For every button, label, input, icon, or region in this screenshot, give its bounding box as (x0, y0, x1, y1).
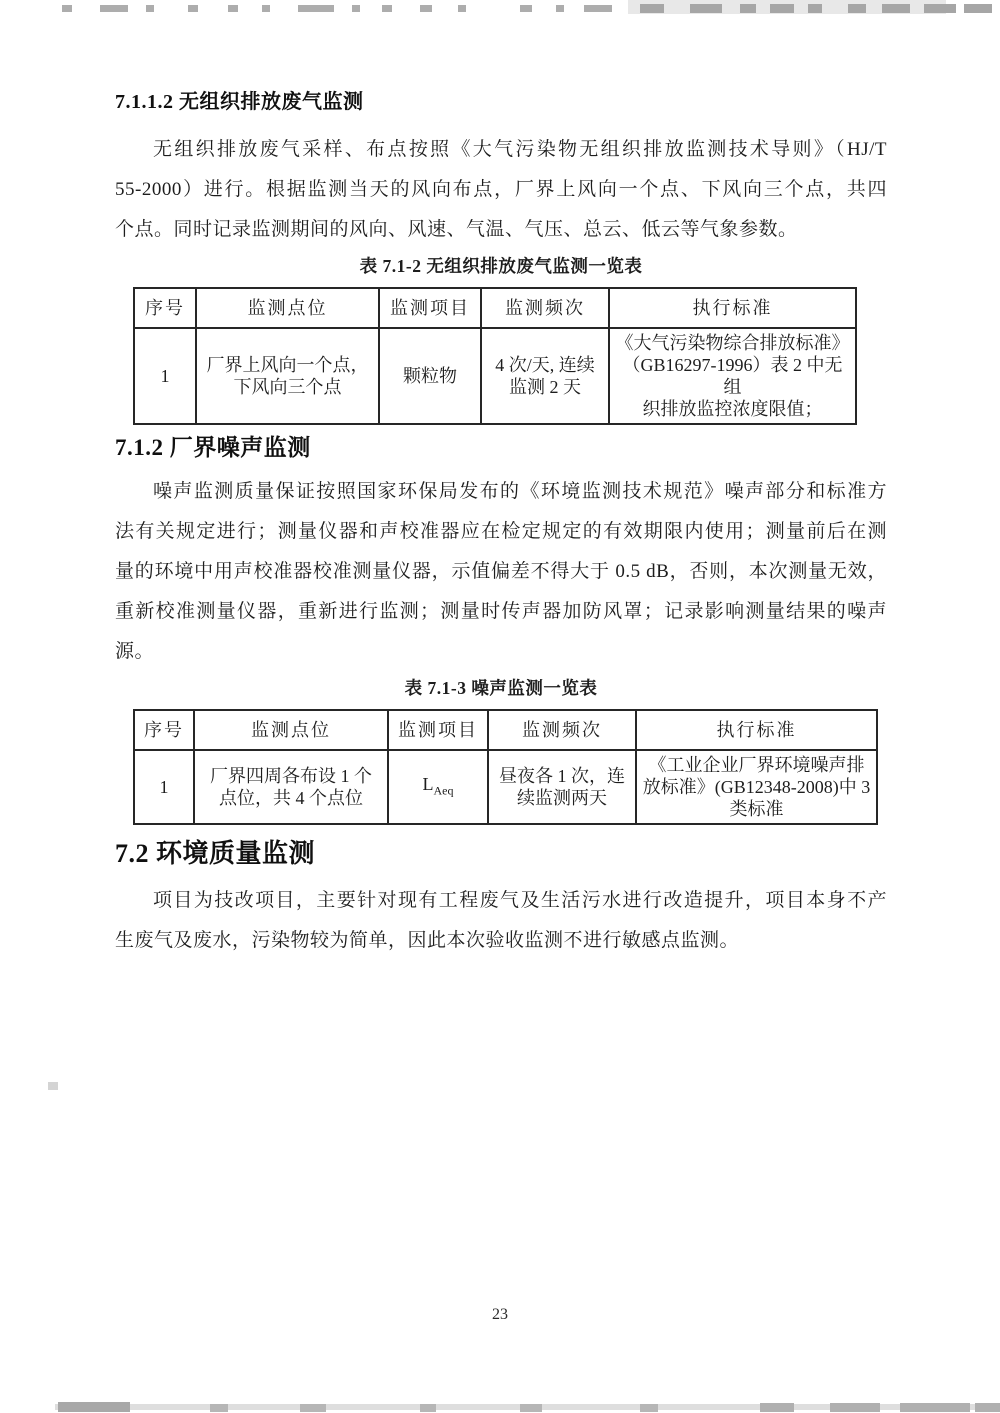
scan-artifact (975, 1403, 1000, 1412)
section-heading-7.2: 7.2 环境质量监测 (115, 837, 887, 871)
paragraph-line: 重新校准测量仪器，重新进行监测；测量时传声器加防风罩；记录影响测量结果的噪声 (115, 592, 887, 632)
column-header-standard: 执行标准 (636, 710, 877, 750)
cell-frequency: 4 次/天, 连续 监测 2 天 (481, 328, 609, 424)
scan-artifact (690, 4, 722, 13)
scan-artifact (458, 5, 466, 12)
column-header-location: 监测点位 (196, 288, 379, 328)
page-number: 23 (0, 1306, 1000, 1324)
document-page: 7.1.1.2 无组织排放废气监测 无组织排放废气采样、布点按照《大气污染物无组… (0, 0, 1000, 1413)
cell-line: 《大气污染物综合排放标准》 (614, 332, 851, 354)
table-caption-7.1-2: 表 7.1-2 无组织排放废气监测一览表 (115, 254, 887, 278)
laeq-symbol: L (423, 774, 434, 794)
scan-artifact (262, 5, 270, 12)
scan-artifact (420, 1404, 436, 1412)
scan-artifact (188, 5, 198, 12)
cell-line: 织排放监控浓度限值； (614, 398, 851, 420)
scan-artifact (556, 5, 564, 12)
scan-artifact (924, 4, 956, 13)
table-header-row: 序号 监测点位 监测项目 监测频次 执行标准 (134, 288, 856, 328)
scan-artifact (298, 5, 334, 12)
scan-artifact (58, 1402, 130, 1412)
paragraph-line: 项目为技改项目，主要针对现有工程废气及生活污水进行改造提升，项目本身不产 (115, 881, 887, 921)
cell-item: LAeq (388, 750, 488, 824)
cell-line: 放标准》(GB12348-2008)中 3 (641, 776, 872, 798)
cell-location: 厂界四周各布设 1 个 点位，共 4 个点位 (194, 750, 388, 824)
paragraph-line: 源。 (115, 632, 887, 672)
cell-location: 厂界上风向一个点， 下风向三个点 (196, 328, 379, 424)
scan-artifact (808, 4, 822, 13)
cell-line: 类标准 (641, 798, 872, 820)
column-header-location: 监测点位 (194, 710, 388, 750)
cell-line: 续监测两天 (493, 787, 631, 809)
paragraph-fugitive-emission: 无组织排放废气采样、布点按照《大气污染物无组织排放监测技术导则》（HJ/T 55… (115, 130, 887, 250)
paragraph-environmental-quality: 项目为技改项目，主要针对现有工程废气及生活污水进行改造提升，项目本身不产 生废气… (115, 881, 887, 961)
paragraph-line: 55-2000）进行。根据监测当天的风向布点，厂界上风向一个点、下风向三个点，共… (115, 170, 887, 210)
cell-line: 厂界四周各布设 1 个 (199, 765, 383, 787)
table-row: 1 厂界四周各布设 1 个 点位，共 4 个点位 LAeq 昼夜各 1 次，连 … (134, 750, 877, 824)
paragraph-line: 无组织排放废气采样、布点按照《大气污染物无组织排放监测技术导则》（HJ/T (115, 130, 887, 170)
column-header-no: 序号 (134, 288, 196, 328)
scan-artifact (146, 5, 154, 12)
section-heading-7.1.1.2: 7.1.1.2 无组织排放废气监测 (115, 88, 887, 116)
scan-artifact (640, 1404, 658, 1412)
scan-artifact (640, 4, 664, 13)
table-header-row: 序号 监测点位 监测项目 监测频次 执行标准 (134, 710, 877, 750)
cell-standard: 《工业企业厂界环境噪声排 放标准》(GB12348-2008)中 3 类标准 (636, 750, 877, 824)
scan-artifact (48, 1082, 58, 1090)
scan-artifact (770, 4, 794, 13)
cell-line: 厂界上风向一个点， (201, 354, 374, 376)
scan-artifact (964, 4, 992, 13)
scan-artifact (300, 1404, 326, 1412)
scan-artifact (100, 5, 128, 12)
document-content: 7.1.1.2 无组织排放废气监测 无组织排放废气采样、布点按照《大气污染物无组… (115, 88, 887, 961)
paragraph-noise-qa: 噪声监测质量保证按照国家环保局发布的《环境监测技术规范》噪声部分和标准方 法有关… (115, 472, 887, 672)
column-header-frequency: 监测频次 (488, 710, 636, 750)
column-header-item: 监测项目 (379, 288, 481, 328)
paragraph-line: 噪声监测质量保证按照国家环保局发布的《环境监测技术规范》噪声部分和标准方 (115, 472, 887, 512)
scan-artifact (830, 1403, 880, 1412)
column-header-standard: 执行标准 (609, 288, 856, 328)
scan-artifact (228, 5, 238, 12)
scan-artifact (584, 5, 612, 12)
cell-line: 4 次/天, 连续 (486, 354, 604, 376)
scan-artifact (848, 4, 866, 13)
paragraph-line: 个点。同时记录监测期间的风向、风速、气温、气压、总云、低云等气象参数。 (115, 210, 887, 250)
paragraph-line: 量的环境中用声校准器校准测量仪器，示值偏差不得大于 0.5 dB，否则，本次测量… (115, 552, 887, 592)
cell-line: 点位，共 4 个点位 (199, 787, 383, 809)
table-row: 1 厂界上风向一个点， 下风向三个点 颗粒物 4 次/天, 连续 监测 2 天 … (134, 328, 856, 424)
cell-standard: 《大气污染物综合排放标准》 （GB16297-1996）表 2 中无组 织排放监… (609, 328, 856, 424)
column-header-item: 监测项目 (388, 710, 488, 750)
section-heading-7.1.2: 7.1.2 厂界噪声监测 (115, 433, 887, 463)
cell-line: 昼夜各 1 次，连 (493, 765, 631, 787)
cell-no: 1 (134, 328, 196, 424)
scan-artifact (352, 5, 360, 12)
scan-artifact (760, 1403, 794, 1412)
scan-artifact (882, 4, 910, 13)
table-noise-monitoring: 序号 监测点位 监测项目 监测频次 执行标准 1 厂界四周各布设 1 个 点位，… (133, 709, 878, 825)
scan-artifact (382, 5, 392, 12)
table-fugitive-emission-monitoring: 序号 监测点位 监测项目 监测频次 执行标准 1 厂界上风向一个点， 下风向三个… (133, 287, 857, 425)
laeq-subscript: Aeq (434, 783, 454, 797)
paragraph-line: 生废气及废水，污染物较为简单，因此本次验收监测不进行敏感点监测。 (115, 921, 887, 961)
scan-artifact (740, 4, 756, 13)
column-header-no: 序号 (134, 710, 194, 750)
cell-line: （GB16297-1996）表 2 中无组 (614, 354, 851, 398)
cell-line: 《工业企业厂界环境噪声排 (641, 754, 872, 776)
cell-line: 下风向三个点 (201, 376, 374, 398)
cell-no: 1 (134, 750, 194, 824)
scan-artifact (210, 1404, 228, 1412)
paragraph-line: 法有关规定进行；测量仪器和声校准器应在检定规定的有效期限内使用；测量前后在测 (115, 512, 887, 552)
cell-frequency: 昼夜各 1 次，连 续监测两天 (488, 750, 636, 824)
scan-artifact (520, 5, 532, 12)
cell-line: 监测 2 天 (486, 376, 604, 398)
scan-artifact (62, 5, 72, 12)
scan-artifact (520, 1404, 542, 1412)
table-caption-7.1-3: 表 7.1-3 噪声监测一览表 (115, 676, 887, 700)
scan-artifact (900, 1403, 970, 1412)
scan-artifact (420, 5, 432, 12)
cell-item: 颗粒物 (379, 328, 481, 424)
column-header-frequency: 监测频次 (481, 288, 609, 328)
